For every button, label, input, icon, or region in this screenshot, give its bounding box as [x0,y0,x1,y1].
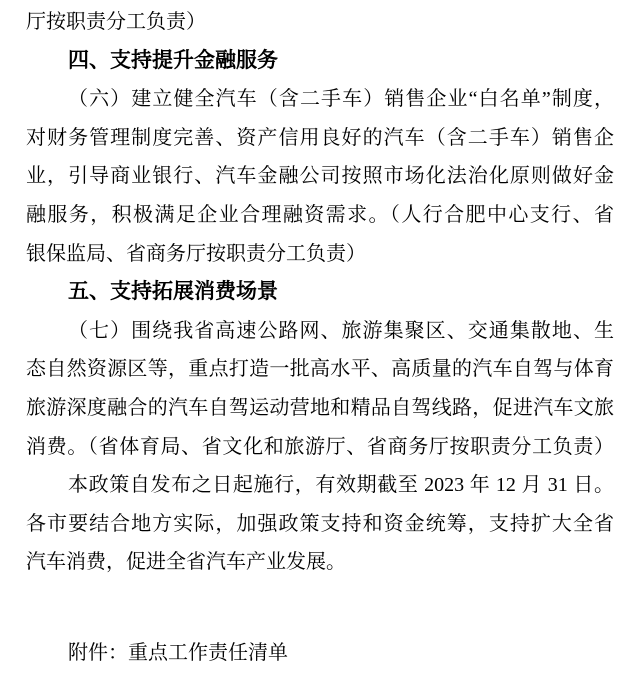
body-line-paragraph-end: 银保监局、省商务厅按职责分工负责） [26,235,614,274]
document-page: 厅按职责分工负责） 四、支持提升金融服务 （六）建立健全汽车（含二手车）销售企业… [0,0,643,692]
body-line: 业，引导商业银行、汽车金融公司按照市场化法治化原则做好金 [26,157,614,196]
body-line-paragraph-end: 汽车消费，促进全省汽车产业发展。 [26,543,614,582]
body-line: 各市要结合地方实际，加强政策支持和资金统筹，支持扩大全省 [26,505,614,544]
body-line-validity-start: 本政策自发布之日起施行，有效期截至 2023 年 12 月 31 日。 [26,466,614,505]
section-heading-five: 五、支持拓展消费场景 [26,273,614,312]
attachment-note: 附件：重点工作责任清单 [26,634,614,673]
body-line: 态自然资源区等，重点打造一批高水平、高质量的汽车自驾与体育 [26,350,614,389]
body-line-item-six-start: （六）建立健全汽车（含二手车）销售企业“白名单”制度， [26,80,614,119]
body-line: 对财务管理制度完善、资产信用良好的汽车（含二手车）销售企 [26,119,614,158]
body-line: 融服务，积极满足企业合理融资需求。（人行合肥中心支行、省 [26,196,614,235]
body-line: 旅游深度融合的汽车自驾运动营地和精品自驾线路，促进汽车文旅 [26,389,614,428]
body-line-paragraph-end: 消费。（省体育局、省文化和旅游厅、省商务厅按职责分工负责） [26,428,614,467]
section-heading-four: 四、支持提升金融服务 [26,42,614,81]
body-line-item-seven-start: （七）围绕我省高速公路网、旅游集聚区、交通集散地、生 [26,312,614,351]
body-line-continuation: 厅按职责分工负责） [26,3,614,42]
